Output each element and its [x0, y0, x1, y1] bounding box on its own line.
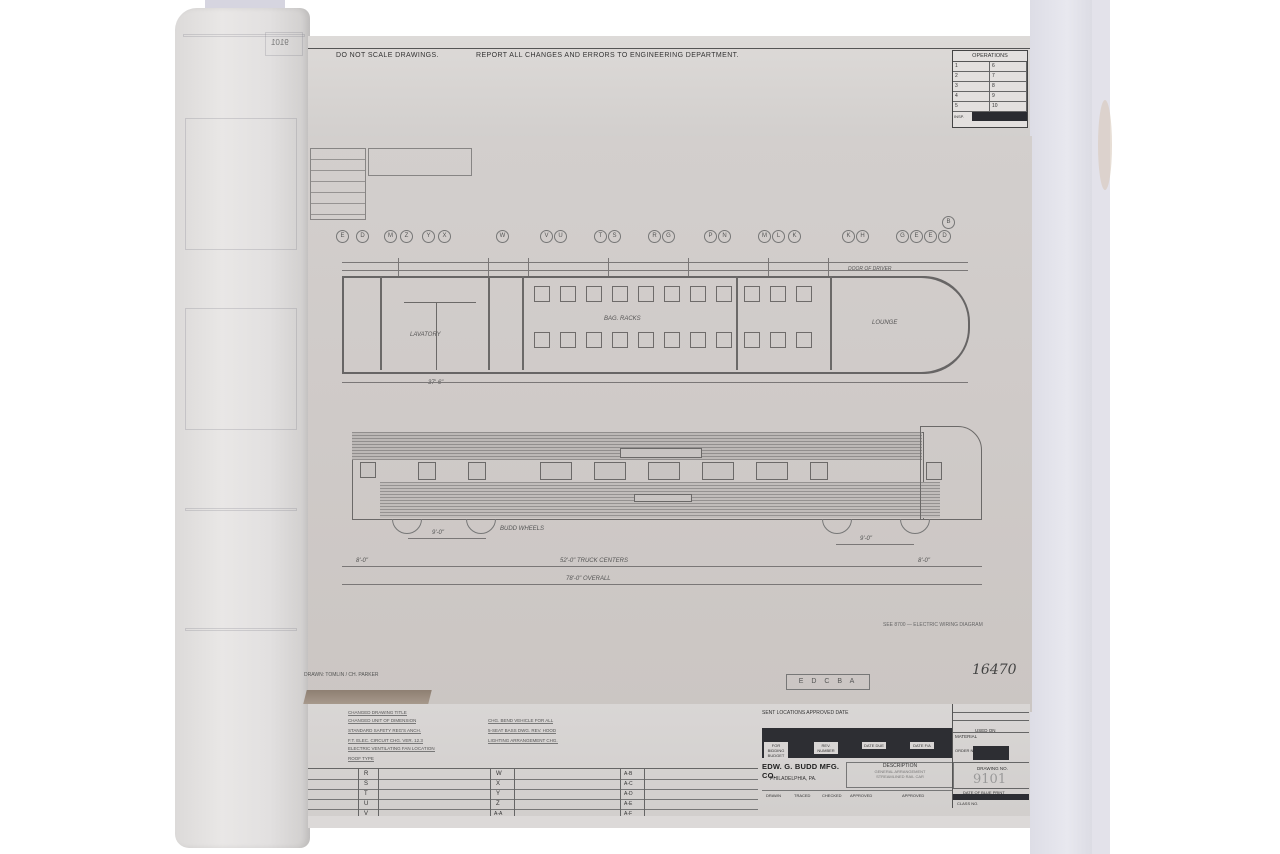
rolled-paper-left: 9101: [175, 8, 310, 848]
clamp-bar: [1030, 0, 1092, 854]
lavatory-label: LAVATORY: [410, 332, 441, 338]
spec-note: SEE 8700 — ELECTRIC WIRING DIAGRAM: [883, 622, 983, 628]
dim-truck-left: 9'-0": [432, 530, 444, 536]
sheet-bottom-edge: [308, 816, 1030, 828]
top-sheet: DO NOT SCALE DRAWINGS. REPORT ALL CHANGE…: [308, 36, 1030, 140]
header-note-report: REPORT ALL CHANGES AND ERRORS TO ENGINEE…: [476, 52, 739, 59]
plan-dimension: 37'-6": [428, 380, 443, 386]
revision-stamp: E D C B A: [786, 674, 870, 690]
drawing-number-block: USED ON MATERIAL ORDER NO. DRAWING NO. 9…: [952, 704, 1029, 808]
description-box: DESCRIPTION GENERAL ARRANGEMENT STREAMLI…: [846, 762, 954, 788]
drawn-note: DRAWN: TOMLIN / CH. PARKER: [304, 672, 379, 678]
lounge-label: LOUNGE: [872, 320, 897, 326]
stain: [1098, 100, 1112, 190]
door-label: DOOR OF DRIVER: [848, 266, 892, 272]
dim-truck-centers: 52'-0" TRUCK CENTERS: [560, 558, 628, 564]
dim-end-right: 8'-0": [918, 558, 930, 564]
elevation-note: BUDD WHEELS: [500, 526, 544, 532]
revision-grid: R S T U V W X Y Z A-A A-B A-C A-D A-E A-…: [308, 768, 758, 821]
bag-racks-label: BAG. RACKS: [604, 316, 641, 322]
change-records: CHANGED DRAWING TITLE CHANGED UNIT OF DI…: [308, 710, 648, 770]
floor-plan-cab: [920, 276, 970, 374]
title-sheet: CHANGED DRAWING TITLE CHANGED UNIT OF DI…: [308, 704, 1030, 826]
tape-patch: [303, 690, 431, 704]
dim-overall: 78'-0" OVERALL: [566, 576, 611, 582]
header-note-scale: DO NOT SCALE DRAWINGS.: [336, 52, 439, 59]
dim-end-left: 8'-0": [356, 558, 368, 564]
operations-title: OPERATIONS: [953, 51, 1027, 62]
dim-truck-right: 9'-0": [860, 536, 872, 542]
drawing-number: 9101: [973, 772, 1006, 787]
section-balloons: E D M Z Y X W V U T S R G P N M L K K H …: [336, 230, 976, 244]
title-block: SENT LOCATIONS APPROVED DATE FOR BIDDING…: [762, 704, 1028, 808]
company-city: PHILADELPHIA, PA.: [770, 776, 816, 782]
drawing-sheet: E D M Z Y X W V U T S R G P N M L K K H …: [308, 136, 1032, 712]
pencil-number: 16470: [972, 662, 1017, 678]
roll-label: 9101: [271, 38, 289, 47]
signature-row: DRAWN TRACED CHECKED APPROVED APPROVED: [762, 790, 952, 807]
revision-box: [368, 148, 472, 176]
operations-table: OPERATIONS 16 27 38 49 510 INSP.: [952, 50, 1028, 128]
sent-line: SENT LOCATIONS APPROVED DATE: [762, 710, 848, 716]
notes-box: [310, 148, 366, 220]
title-black-band: FOR BIDDING BUDGET REV. NUMBER DATE DUE …: [762, 728, 952, 758]
